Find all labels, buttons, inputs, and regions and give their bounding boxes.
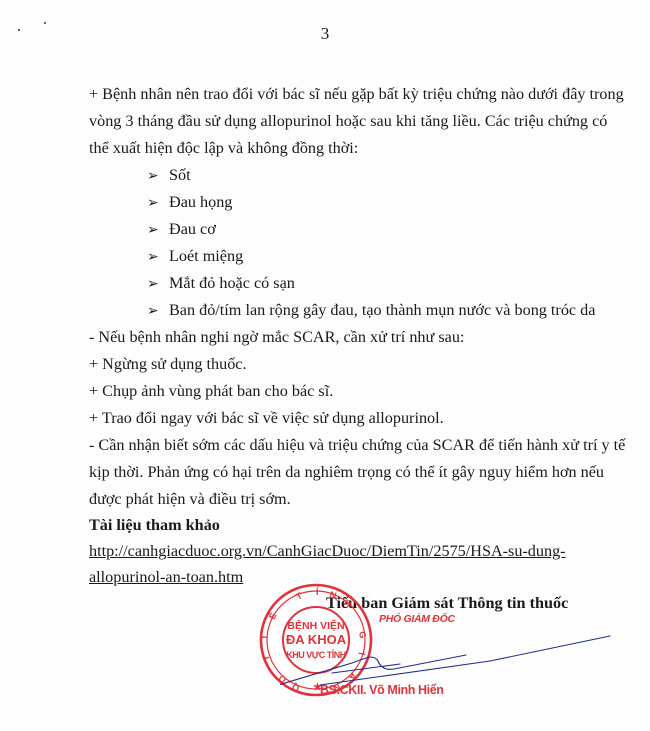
arrow-bullet-icon: ➢ [147, 301, 169, 321]
arrow-bullet-icon: ➢ [147, 166, 169, 186]
scar-step: + Trao đổi ngay với bác sĩ về việc sử dụ… [89, 408, 444, 428]
svg-text:A: A [346, 671, 358, 682]
symptom-item: ➢Loét miệng [147, 246, 243, 267]
closing-line: - Cần nhận biết sớm các dấu hiệu và triệ… [89, 435, 557, 455]
intro-line: + Bệnh nhân nên trao đổi với bác sĩ nếu … [89, 84, 557, 104]
symptom-text: Đau cơ [169, 220, 216, 238]
svg-text:G: G [357, 631, 368, 640]
svg-text:Q: Q [291, 682, 301, 694]
signer-role: PHÓ GIÁM ĐỐC [379, 613, 455, 625]
signer-name: BS.CKII. Võ Minh Hiển [320, 683, 444, 697]
svg-text:T: T [294, 590, 304, 602]
intro-line: thể xuất hiện độc lập và không đồng thời… [89, 138, 358, 158]
document-page: 3 + Bệnh nhân nên trao đổi với bác sĩ nế… [0, 0, 650, 731]
symptom-item: ➢Đau cơ [147, 219, 216, 240]
scar-step: + Chụp ảnh vùng phát ban cho bác sĩ. [89, 381, 333, 401]
closing-line: được phát hiện và điều trị sớm. [89, 489, 291, 509]
svg-text:T: T [259, 634, 269, 640]
svg-text:O: O [276, 673, 288, 685]
arrow-bullet-icon: ➢ [147, 247, 169, 267]
symptom-text: Loét miệng [169, 247, 243, 265]
symptom-text: Đau họng [169, 193, 232, 211]
scar-header: - Nếu bệnh nhân nghi ngờ mắc SCAR, cần x… [89, 327, 464, 347]
svg-text:I: I [357, 652, 367, 656]
svg-text:ĐA KHOA: ĐA KHOA [286, 632, 347, 647]
arrow-bullet-icon: ➢ [147, 193, 169, 213]
reference-link[interactable]: http://canhgiacduoc.org.vn/CanhGiacDuoc/… [89, 541, 566, 561]
svg-text:BỆNH VIỆN: BỆNH VIỆN [287, 619, 344, 632]
svg-text:Ế: Ế [267, 611, 279, 621]
symptom-item: ➢Sốt [147, 165, 191, 186]
symptom-item: ➢Mắt đỏ hoặc có sạn [147, 273, 295, 294]
arrow-bullet-icon: ➢ [147, 274, 169, 294]
svg-text:KHU VỰC TỈNH: KHU VỰC TỈNH [286, 649, 345, 660]
signature-title: Tiểu ban Giám sát Thông tin thuốc [326, 594, 568, 613]
symptom-text: Sốt [169, 166, 191, 184]
reference-link[interactable]: allopurinol-an-toan.htm [89, 567, 243, 587]
references-heading: Tài liệu tham khảo [89, 515, 220, 535]
symptom-text: Mắt đỏ hoặc có sạn [169, 274, 295, 292]
scar-step: + Ngừng sử dụng thuốc. [89, 354, 247, 374]
symptom-text: Ban đỏ/tím lan rộng gây đau, tạo thành m… [169, 301, 595, 319]
svg-text:Y: Y [260, 654, 271, 663]
closing-line: kịp thời. Phản ứng có hại trên da nghiêm… [89, 462, 557, 482]
page-number: 3 [0, 24, 650, 44]
arrow-bullet-icon: ➢ [147, 220, 169, 240]
symptom-item: ➢Ban đỏ/tím lan rộng gây đau, tạo thành … [147, 300, 595, 321]
symptom-item: ➢Đau họng [147, 192, 232, 213]
intro-line: vòng 3 tháng đầu sử dụng allopurinol hoặ… [89, 111, 557, 131]
svg-text:Í: Í [316, 587, 319, 597]
